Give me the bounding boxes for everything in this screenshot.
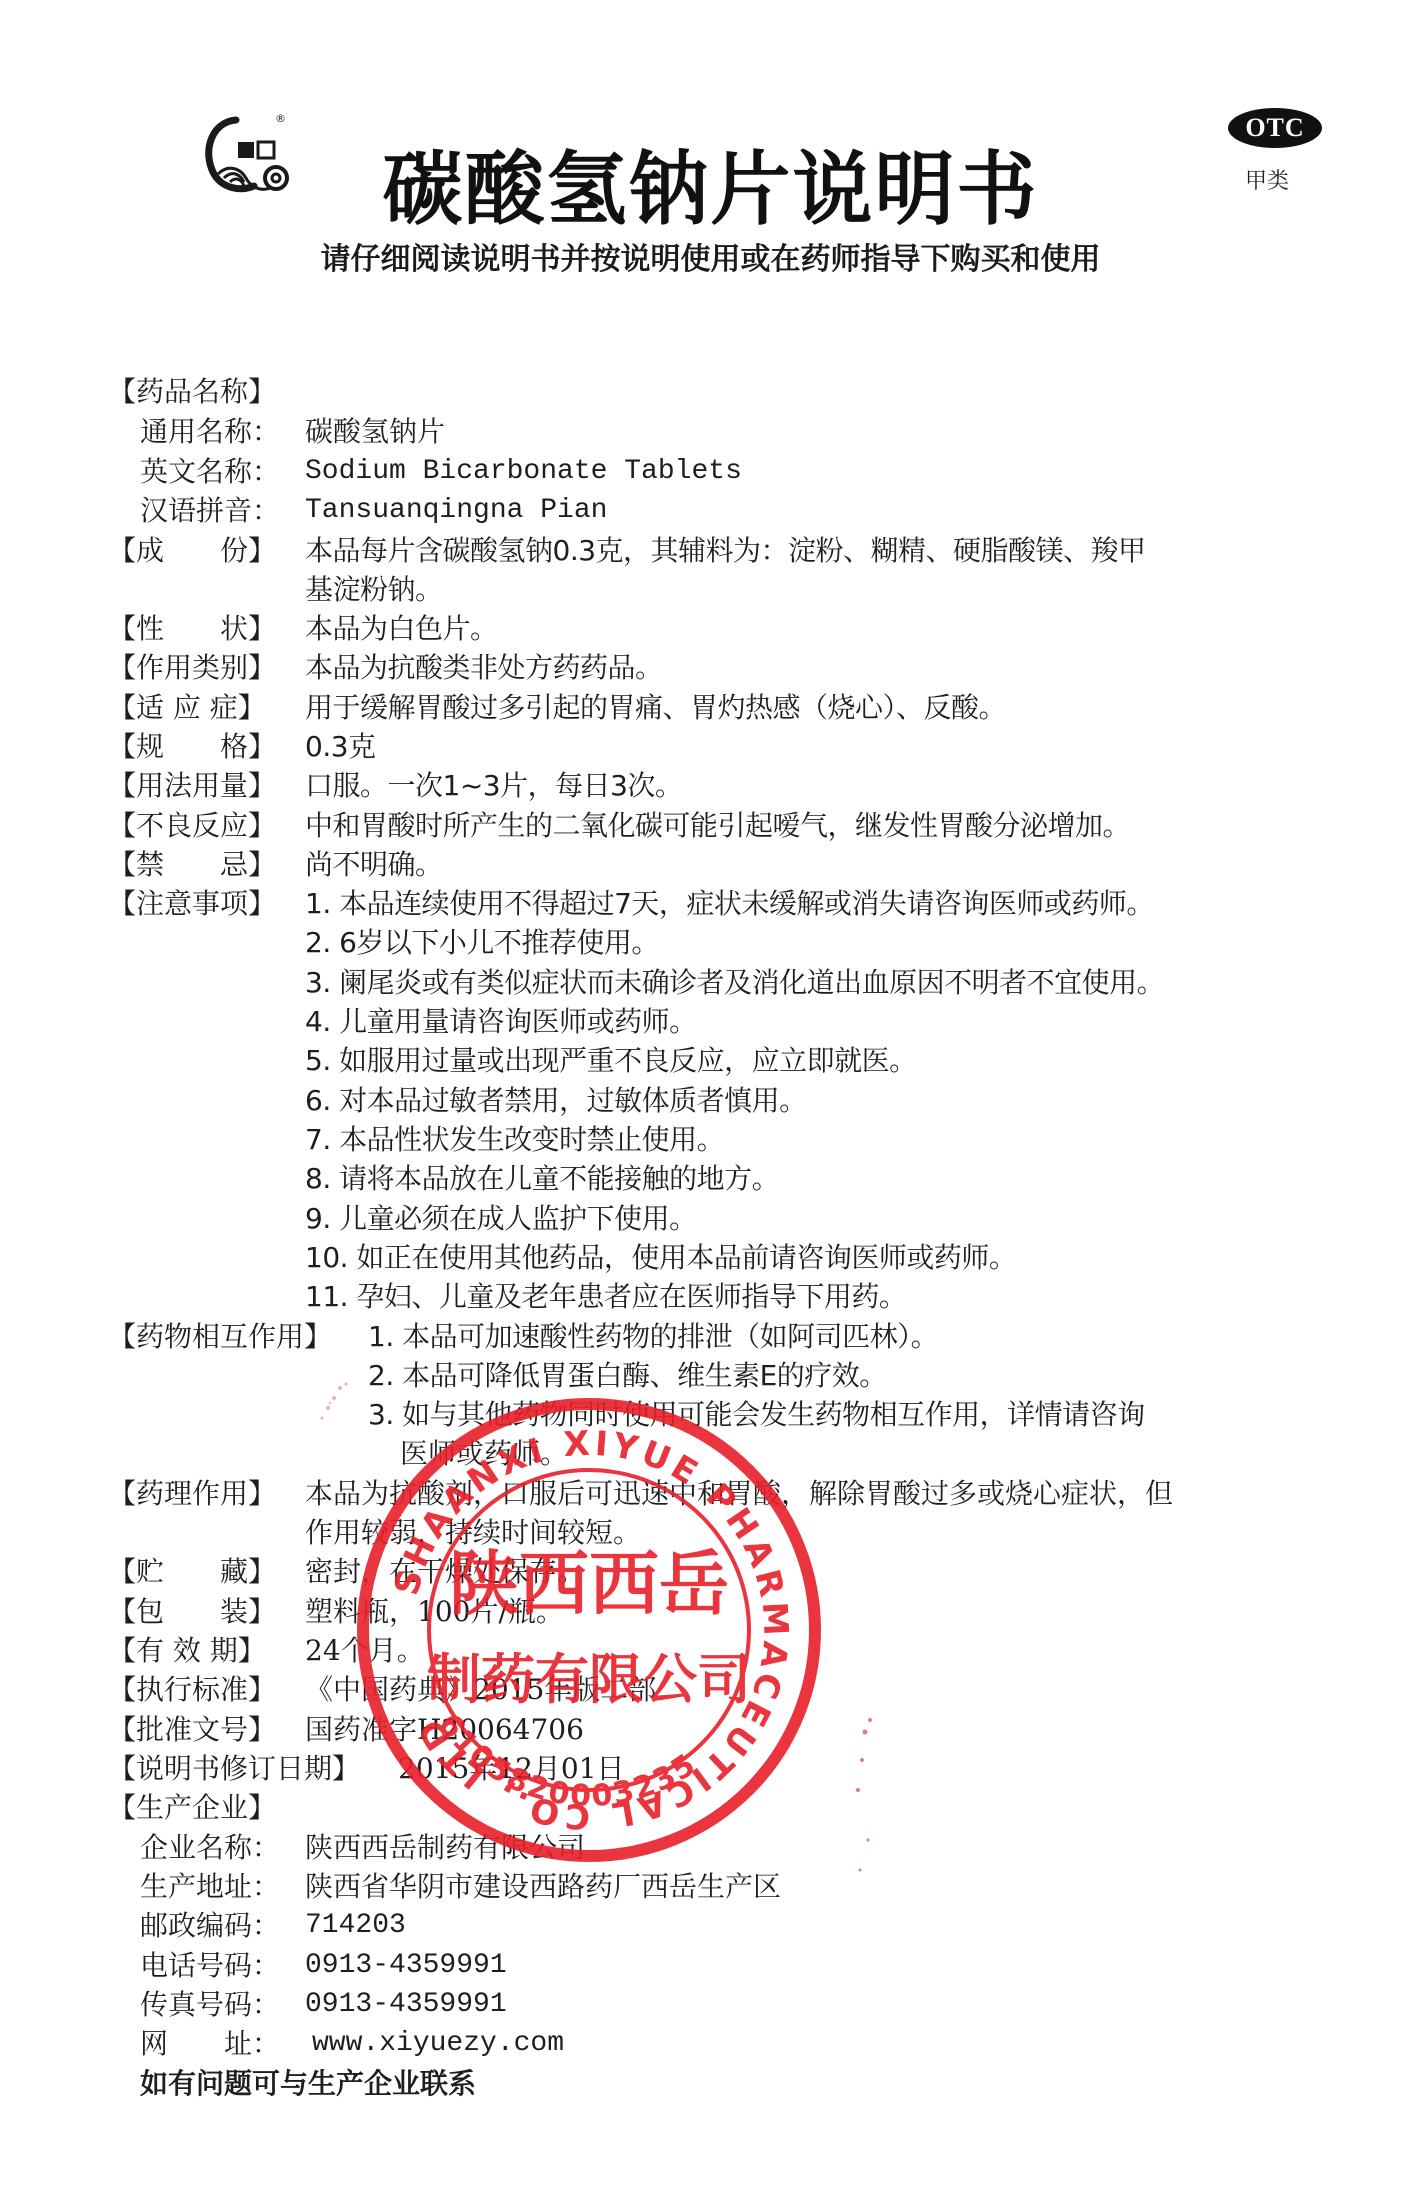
precaution-item: 9. 儿童必须在成人监护下使用。 [305,1199,697,1239]
document-subtitle: 请仔细阅读说明书并按说明使用或在药师指导下购买和使用 [0,238,1421,282]
section-label: 【批准文号】 [108,1710,276,1750]
drug-leaflet-page: ® 碳酸氢钠片说明书 请仔细阅读说明书并按说明使用或在药师指导下购买和使用 OT… [0,0,1421,2193]
document-title: 碳酸氢钠片说明书 [0,140,1421,240]
manufacturer-name-value: 陕西西岳制药有限公司 [305,1828,585,1868]
precaution-item: 4. 儿童用量请咨询医师或药师。 [305,1002,697,1042]
storage-value: 密封，在干燥处保存。 [305,1552,585,1592]
category-value: 本品为抗酸类非处方药药品。 [305,648,663,688]
precaution-item: 2. 6岁以下小儿不推荐使用。 [305,923,659,963]
pinyin-value: Tansuanqingna Pian [305,491,607,531]
revision-date-value: 2015年12月01日 [398,1749,625,1789]
website-link[interactable]: www.xiyuezy.com [312,2024,564,2064]
precaution-item: 11. 孕妇、儿童及老年患者应在医师指导下用药。 [305,1277,906,1317]
generic-name-value: 碳酸氢钠片 [305,412,445,452]
standard-value: 《中国药典》2015年版二部 [305,1670,656,1710]
field-label: 传真号码： [140,1985,280,2025]
section-label: 【药品名称】 [108,372,276,412]
field-label: 通用名称： [140,412,280,452]
otc-class-label: 甲类 [1245,164,1289,195]
otc-badge: OTC [1228,108,1322,148]
precaution-item: 10. 如正在使用其他药品，使用本品前请咨询医师或药师。 [305,1238,1016,1278]
faint-stamp-mark [840,1700,900,1900]
section-label: 【说明书修订日期】 [108,1749,360,1789]
phone-value: 0913-4359991 [305,1946,507,1986]
specification-value: 0.3克 [305,727,376,767]
section-label: 【包 装】 [108,1592,276,1632]
registered-mark: ® [275,112,286,125]
adverse-reactions-value: 中和胃酸时所产生的二氧化碳可能引起嗳气，继发性胃酸分泌增加。 [305,806,1130,846]
precaution-item: 6. 对本品过敏者禁用，过敏体质者慎用。 [305,1081,807,1121]
package-value: 塑料瓶，100片/瓶。 [305,1592,564,1632]
precaution-item: 8. 请将本品放在儿童不能接触的地方。 [305,1159,779,1199]
precaution-item: 7. 本品性状发生改变时禁止使用。 [305,1120,724,1160]
field-label: 电话号码： [140,1946,280,1986]
fax-value: 0913-4359991 [305,1985,507,2025]
field-label: 汉语拼音： [140,491,280,531]
field-label: 邮政编码： [140,1906,280,1946]
section-label: 【执行标准】 [108,1670,276,1710]
section-label: 【适 应 症】 [108,688,266,728]
section-label: 【有 效 期】 [108,1631,266,1671]
section-label: 【药理作用】 [108,1474,276,1514]
approval-value: 国药准字H20064706 [305,1710,584,1750]
section-label: 【性 状】 [108,609,276,649]
field-label: 英文名称： [140,452,280,492]
interaction-item-cont: 医师或药师。 [400,1434,568,1474]
precaution-item: 3. 阑尾炎或有类似症状而未确诊者及消化道出血原因不明者不宜使用。 [305,963,1164,1003]
section-label: 【不良反应】 [108,806,276,846]
contraindications-value: 尚不明确。 [305,845,443,885]
section-label: 【禁 忌】 [108,845,276,885]
field-label: 企业名称： [140,1828,280,1868]
section-label: 【作用类别】 [108,648,276,688]
dosage-value: 口服。一次1~3片，每日3次。 [305,766,682,806]
interaction-item: 2. 本品可降低胃蛋白酶、维生素E的疗效。 [368,1356,887,1396]
contact-note: 如有问题可与生产企业联系 [140,2064,476,2104]
pharmacology-value-cont: 作用较弱，持续时间较短。 [305,1513,641,1553]
interaction-item: 3. 如与其他药物同时使用可能会发生药物相互作用，详情请咨询 [368,1395,1145,1435]
section-label: 【药物相互作用】 [108,1317,332,1357]
section-label: 【规 格】 [108,727,276,767]
precaution-item: 5. 如服用过量或出现严重不良反应，应立即就医。 [305,1041,917,1081]
interaction-item: 1. 本品可加速酸性药物的排泄（如阿司匹林）。 [368,1317,938,1357]
validity-value: 24个月。 [305,1631,425,1671]
section-label: 【用法用量】 [108,766,276,806]
pharmacology-value: 本品为抗酸剂，口服后可迅速中和胃酸，解除胃酸过多或烧心症状，但 [305,1474,1173,1514]
description-value: 本品为白色片。 [305,609,498,649]
indications-value: 用于缓解胃酸过多引起的胃痛、胃灼热感（烧心）、反酸。 [305,688,1006,728]
english-name-value: Sodium Bicarbonate Tablets [305,452,742,492]
ingredients-value-cont: 基淀粉钠。 [305,570,443,610]
manufacturer-address-value: 陕西省华阴市建设西路药厂西岳生产区 [305,1867,781,1907]
field-label: 生产地址： [140,1867,280,1907]
section-label: 【成 份】 [108,531,276,571]
ingredients-value: 本品每片含碳酸氢钠0.3克，其辅料为：淀粉、糊精、硬脂酸镁、羧甲 [305,531,1146,571]
postcode-value: 714203 [305,1906,406,1946]
section-label: 【贮 藏】 [108,1552,276,1592]
section-label: 【生产企业】 [108,1788,276,1828]
field-label: 网 址： [140,2024,280,2064]
precaution-item: 1. 本品连续使用不得超过7天，症状未缓解或消失请咨询医师或药师。 [305,884,1154,924]
section-label: 【注意事项】 [108,884,276,924]
